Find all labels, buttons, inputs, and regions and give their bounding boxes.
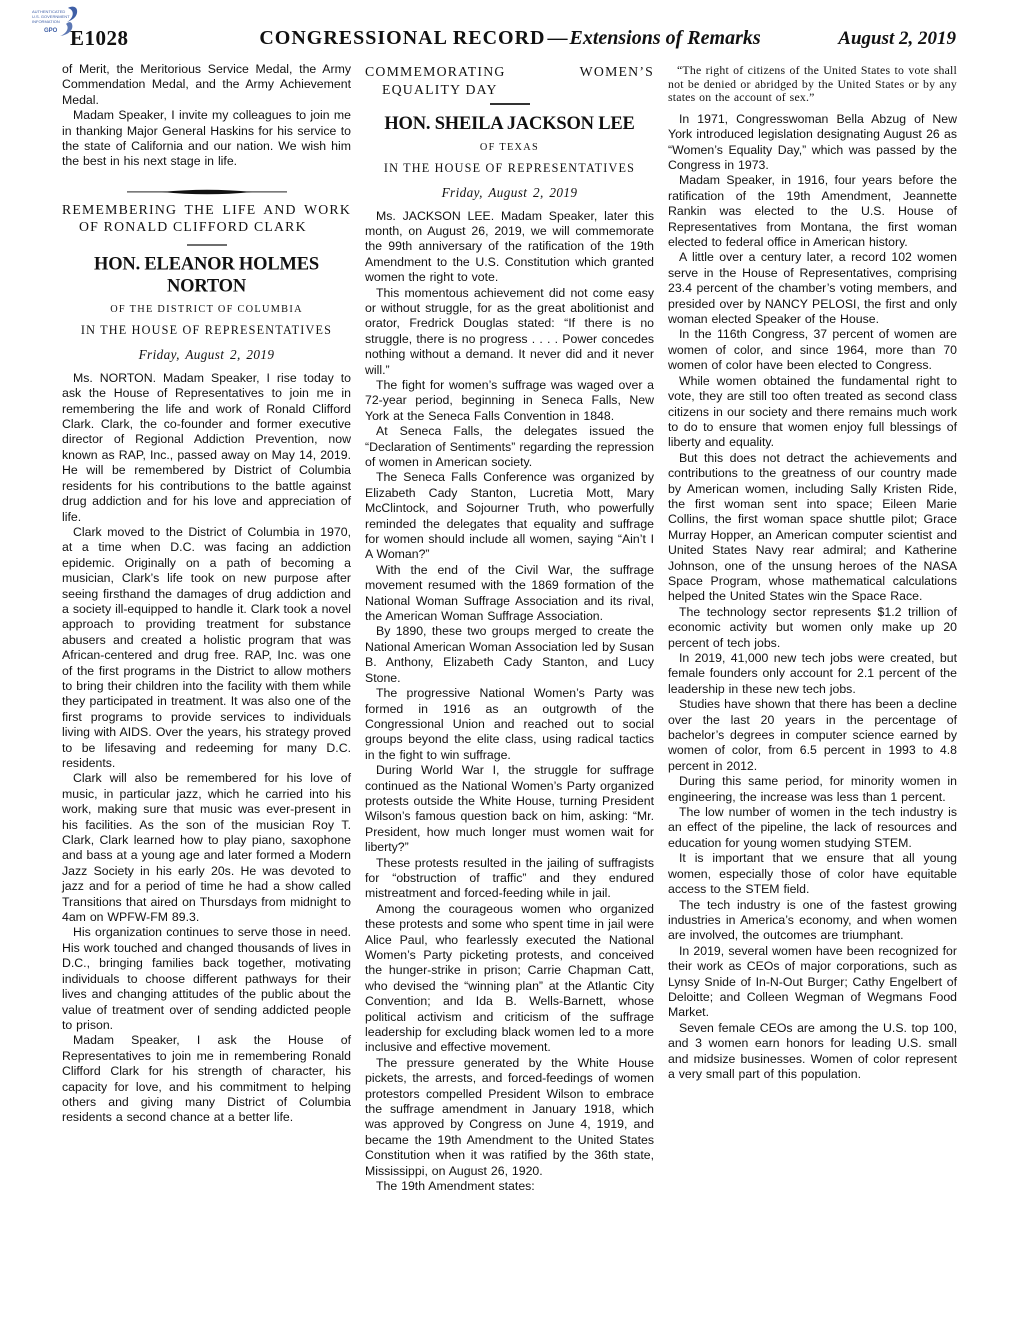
speech-paragraph: In 1971, Congresswoman Bella Abzug of Ne… [668,112,957,174]
carryover-paragraph: Madam Speaker, I invite my colleagues to… [62,108,351,170]
speech-paragraph: In 2019, 41,000 new tech jobs were creat… [668,651,957,697]
member-state-line: OF THE DISTRICT OF COLUMBIA [62,304,351,315]
article-title: COMMEMORATING WOMEN’S EQUALITY DAY [365,63,654,98]
speech-paragraph: Studies have shown that there has been a… [668,697,957,774]
member-name: HON. SHEILA JACKSON LEE [365,113,654,135]
speech-paragraph: Ms. JACKSON LEE. Madam Speaker, later th… [365,209,654,286]
speech-paragraph: The fight for women’s suffrage was waged… [365,378,654,424]
article-title: REMEMBERING THE LIFE AND WORK OF RONALD … [62,201,351,236]
page-header: AUTHENTICATED U.S. GOVERNMENT INFORMATIO… [0,0,1020,62]
congressional-record-page: AUTHENTICATED U.S. GOVERNMENT INFORMATIO… [0,0,1020,1320]
speech-paragraph: The low number of women in the tech indu… [668,805,957,851]
speech-paragraph: These protests resulted in the jailing o… [365,856,654,902]
title-rule [490,103,530,105]
speech-paragraph: Clark will also be remembered for his lo… [62,771,351,925]
carryover-paragraph: of Merit, the Meritorious Service Medal,… [62,62,351,108]
masthead-subtitle: Extensions of Remarks [570,27,761,49]
speech-paragraph: The technology sector represents $1.2 tr… [668,605,957,651]
member-state-line: OF TEXAS [365,142,654,153]
speech-paragraph: While women obtained the fundamental rig… [668,374,957,451]
speech-paragraph: Madam Speaker, I ask the House of Repres… [62,1033,351,1125]
issue-date: August 2, 2019 [838,28,956,50]
title-rule [187,244,227,246]
speech-paragraph: By 1890, these two groups merged to crea… [365,624,654,686]
masthead-title: CONGRESSIONAL RECORD [259,27,545,49]
speech-paragraph: A little over a century later, a record … [668,250,957,327]
speech-paragraph: Ms. NORTON. Madam Speaker, I rise today … [62,371,351,525]
column-2: COMMEMORATING WOMEN’S EQUALITY DAY HON. … [365,62,654,1195]
speech-paragraph: At Seneca Falls, the delegates issued th… [365,424,654,470]
speech-paragraph: During this same period, for minority wo… [668,774,957,805]
speech-paragraph: This momentous achievement did not come … [365,286,654,378]
speech-paragraph: The progressive National Women’s Party w… [365,686,654,763]
speech-paragraph: During World War I, the struggle for suf… [365,763,654,855]
chamber-line: IN THE HOUSE OF REPRESENTATIVES [365,161,654,176]
masthead-dash: — [546,27,570,49]
chamber-line: IN THE HOUSE OF REPRESENTATIVES [62,323,351,338]
column-1: of Merit, the Meritorious Service Medal,… [62,62,351,1195]
date-line: Friday, August 2, 2019 [365,185,654,201]
speech-paragraph: The 19th Amendment states: [365,1179,654,1194]
speech-paragraph: In 2019, several women have been recogni… [668,944,957,1021]
speech-paragraph: The pressure generated by the White Hous… [365,1056,654,1179]
speech-paragraph: Clark moved to the District of Columbia … [62,525,351,772]
column-3: “The right of citizens of the United Sta… [668,62,957,1195]
amendment-quote: “The right of citizens of the United Sta… [668,64,957,105]
date-line: Friday, August 2, 2019 [62,347,351,363]
speech-paragraph: With the end of the Civil War, the suffr… [365,563,654,625]
page-columns: of Merit, the Meritorious Service Medal,… [62,62,958,1195]
speech-paragraph: Seven female CEOs are among the U.S. top… [668,1021,957,1083]
speech-paragraph: The tech industry is one of the fastest … [668,898,957,944]
speech-paragraph: Madam Speaker, in 1916, four years befor… [668,173,957,250]
speech-paragraph: But this does not detract the achievemen… [668,451,957,605]
member-name: HON. ELEANOR HOLMES NORTON [62,254,351,298]
speech-paragraph: In the 116th Congress, 37 percent of wom… [668,327,957,373]
section-swell-rule [62,183,351,191]
gpo-seal-line3: INFORMATION [32,19,60,24]
speech-paragraph: It is important that we ensure that all … [668,851,957,897]
speech-paragraph: His organization continues to serve thos… [62,925,351,1033]
speech-paragraph: The Seneca Falls Conference was organize… [365,470,654,562]
speech-paragraph: Among the courageous women who organized… [365,902,654,1056]
